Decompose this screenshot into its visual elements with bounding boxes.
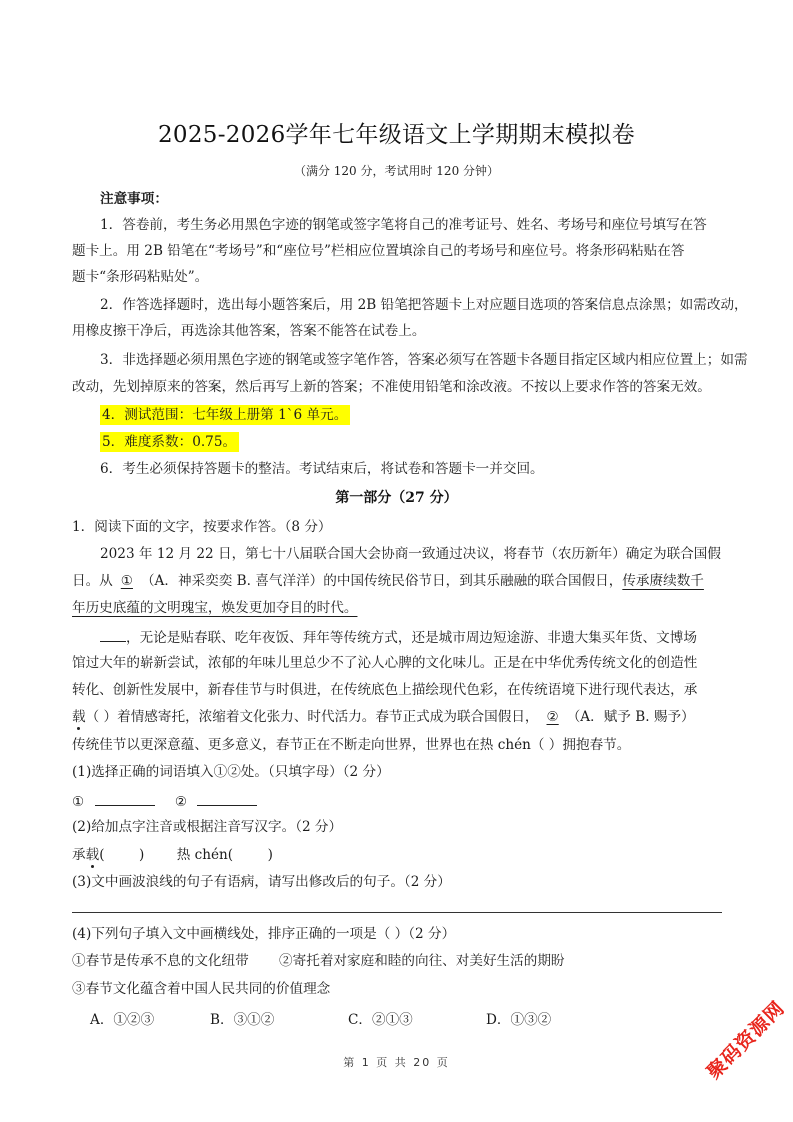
notice-5: 5．难度系数：0.75。 xyxy=(100,433,722,451)
passage-p2-line-1: ，无论是贴春联、吃年夜饭、拜年等传统方式，还是城市周边短途游、非遗大集买年货、文… xyxy=(100,627,722,647)
passage-text: ，无论是贴春联、吃年夜饭、拜年等传统方式，还是城市周边短途游、非遗大集买年货、文… xyxy=(126,630,697,646)
item-1-dotted-char: 载 xyxy=(86,847,100,863)
page-title: 2025-2026学年七年级语文上学期期末模拟卷 xyxy=(0,116,793,149)
blank-2: ② xyxy=(539,709,567,725)
wavy-sentence-part-1: 传承赓续数千 xyxy=(622,573,704,589)
page-footer: 第 1 页 共 20 页 xyxy=(0,1054,793,1070)
passage-p2-line-2: 馆过大年的崭新尝试，浓郁的年味儿里总少不了沁人心脾的文化味儿。正是在中华优秀传统… xyxy=(72,654,722,672)
notice-2-line-2: 用橡皮擦干净后，再选涂其他答案，答案不能答在试卷上。 xyxy=(72,322,722,340)
option-b[interactable]: B．③①② xyxy=(210,1008,348,1028)
sub-question-3-prompt: (3)文中画波浪线的句子有语病，请写出修改后的句子。（2 分） xyxy=(72,873,722,891)
notice-3-line-1: 3．非选择题必须用黑色字迹的钢笔或签字笔作答，答案必须写在答题卡各题目指定区域内… xyxy=(100,351,722,369)
sub-question-2-prompt: (2)给加点字注音或根据注音写汉字。（2 分） xyxy=(72,818,722,836)
answer-line[interactable] xyxy=(72,912,722,913)
option-a[interactable]: A．①②③ xyxy=(90,1008,210,1028)
answer-label-2: ② xyxy=(175,794,187,810)
passage-text: （ ）着情感寄托，浓缩着文化张力、时代活力。春节正式成为联合国假日， xyxy=(86,709,539,725)
passage-text: （A．赋予 B. 赐予） xyxy=(567,709,695,725)
notice-heading: 注意事项： xyxy=(100,190,750,208)
notice-5-highlighted: 5．难度系数：0.75。 xyxy=(100,432,239,452)
passage-p1-line-2: 日。从①（A．神采奕奕 B. 喜气洋洋）的中国传统民俗节日，到其乐融融的联合国假… xyxy=(72,572,722,590)
passage-text: （A．神采奕奕 B. 喜气洋洋）的中国传统民俗节日，到其乐融融的联合国假日， xyxy=(141,573,622,589)
answer-blank-2[interactable] xyxy=(197,791,257,806)
dotted-char: 载 xyxy=(72,709,86,725)
notice-3-line-2: 改动，先划掉原来的答案，然后再写上新的答案；不准使用铅笔和涂改液。不按以上要求作… xyxy=(72,378,722,396)
sub-question-1-answers: ① ② xyxy=(72,791,722,811)
sub-question-4-sentences-row: ①春节是传承不息的文化纽带 ②寄托着对家庭和睦的向往、对美好生活的期盼 xyxy=(72,952,722,970)
sub-question-1-prompt: (1)选择正确的词语填入①②处。（只填字母）（2 分） xyxy=(72,763,722,781)
watermark: 聚码资源网 xyxy=(700,994,790,1084)
passage-blank-line xyxy=(100,627,126,642)
passage-p1-line-3: 年历史底蕴的文明瑰宝，焕发更加夺目的时代。 xyxy=(72,599,722,617)
passage-p2-line-4: 载（ ）着情感寄托，浓缩着文化张力、时代活力。春节正式成为联合国假日，②（A．赋… xyxy=(72,708,722,726)
notice-1-line-3: 题卡“条形码粘贴处”。 xyxy=(72,268,722,286)
passage-p2-line-3: 转化、创新性发展中，新春佳节与时俱进，在传统底色上描绘现代色彩，在传统语境下进行… xyxy=(72,681,722,699)
notice-1-line-2: 题卡上。用 2B 铅笔在“考场号”和“座位号”栏相应位置填涂自己的考场号和座位号… xyxy=(72,242,722,260)
option-d[interactable]: D．①③② xyxy=(486,1008,551,1028)
passage-p1-line-1: 2023 年 12 月 22 日，第七十八届联合国大会协商一致通过决议，将春节（… xyxy=(100,545,722,563)
answer-blank-1[interactable] xyxy=(95,791,155,806)
item-2-answer-slot[interactable]: 热 chén( ) xyxy=(177,847,273,863)
exam-subtitle: （满分 120 分，考试用时 120 分钟） xyxy=(0,162,793,179)
option-c[interactable]: C．②①③ xyxy=(348,1008,486,1028)
answer-label-1: ① xyxy=(72,794,84,810)
wavy-sentence-part-2: 年历史底蕴的文明瑰宝，焕发更加夺目的时代。 xyxy=(72,600,357,616)
notice-2-line-1: 2．作答选择题时，选出每小题答案后，用 2B 铅笔把答题卡上对应题目选项的答案信… xyxy=(100,296,722,314)
notice-1-line-1: 1．答卷前，考生务必用黑色字迹的钢笔或签字笔将自己的准考证号、姓名、考场号和座位… xyxy=(100,216,722,234)
sub-question-2-items: 承载( ) 热 chén( ) xyxy=(72,846,722,864)
sub-question-4-prompt: (4)下列句子填入文中画横线处，排序正确的一项是（ ）（2 分） xyxy=(72,925,722,943)
answer-options: A．①②③B．③①②C．②①③D．①③② xyxy=(90,1008,551,1028)
blank-1: ① xyxy=(113,573,141,589)
notice-4-highlighted: 4．测试范围：七年级上册第 1`6 单元。 xyxy=(100,405,350,425)
notice-4: 4．测试范围：七年级上册第 1`6 单元。 xyxy=(100,406,722,424)
sentence-1: ①春节是传承不息的文化纽带 xyxy=(72,953,249,969)
item-1-prefix: 承 xyxy=(72,847,86,863)
sentence-3: ③春节文化蕴含着中国人民共同的价值理念 xyxy=(72,980,722,998)
passage-text: 日。从 xyxy=(72,573,113,589)
sentence-2: ②寄托着对家庭和睦的向往、对美好生活的期盼 xyxy=(279,953,564,969)
item-1-answer-slot[interactable]: ( ) xyxy=(99,847,144,863)
passage-p2-line-5: 传统佳节以更深意蕴、更多意义，春节正在不断走向世界，世界也在热 chén（ ）拥… xyxy=(72,736,722,754)
notice-6: 6．考生必须保持答题卡的整洁。考试结束后，将试卷和答题卡一并交回。 xyxy=(100,460,722,478)
section-heading: 第一部分（27 分） xyxy=(0,487,793,507)
question-1-prompt: 1．阅读下面的文字，按要求作答。（8 分） xyxy=(72,518,722,536)
exam-page: 2025-2026学年七年级语文上学期期末模拟卷 （满分 120 分，考试用时 … xyxy=(0,0,793,1122)
